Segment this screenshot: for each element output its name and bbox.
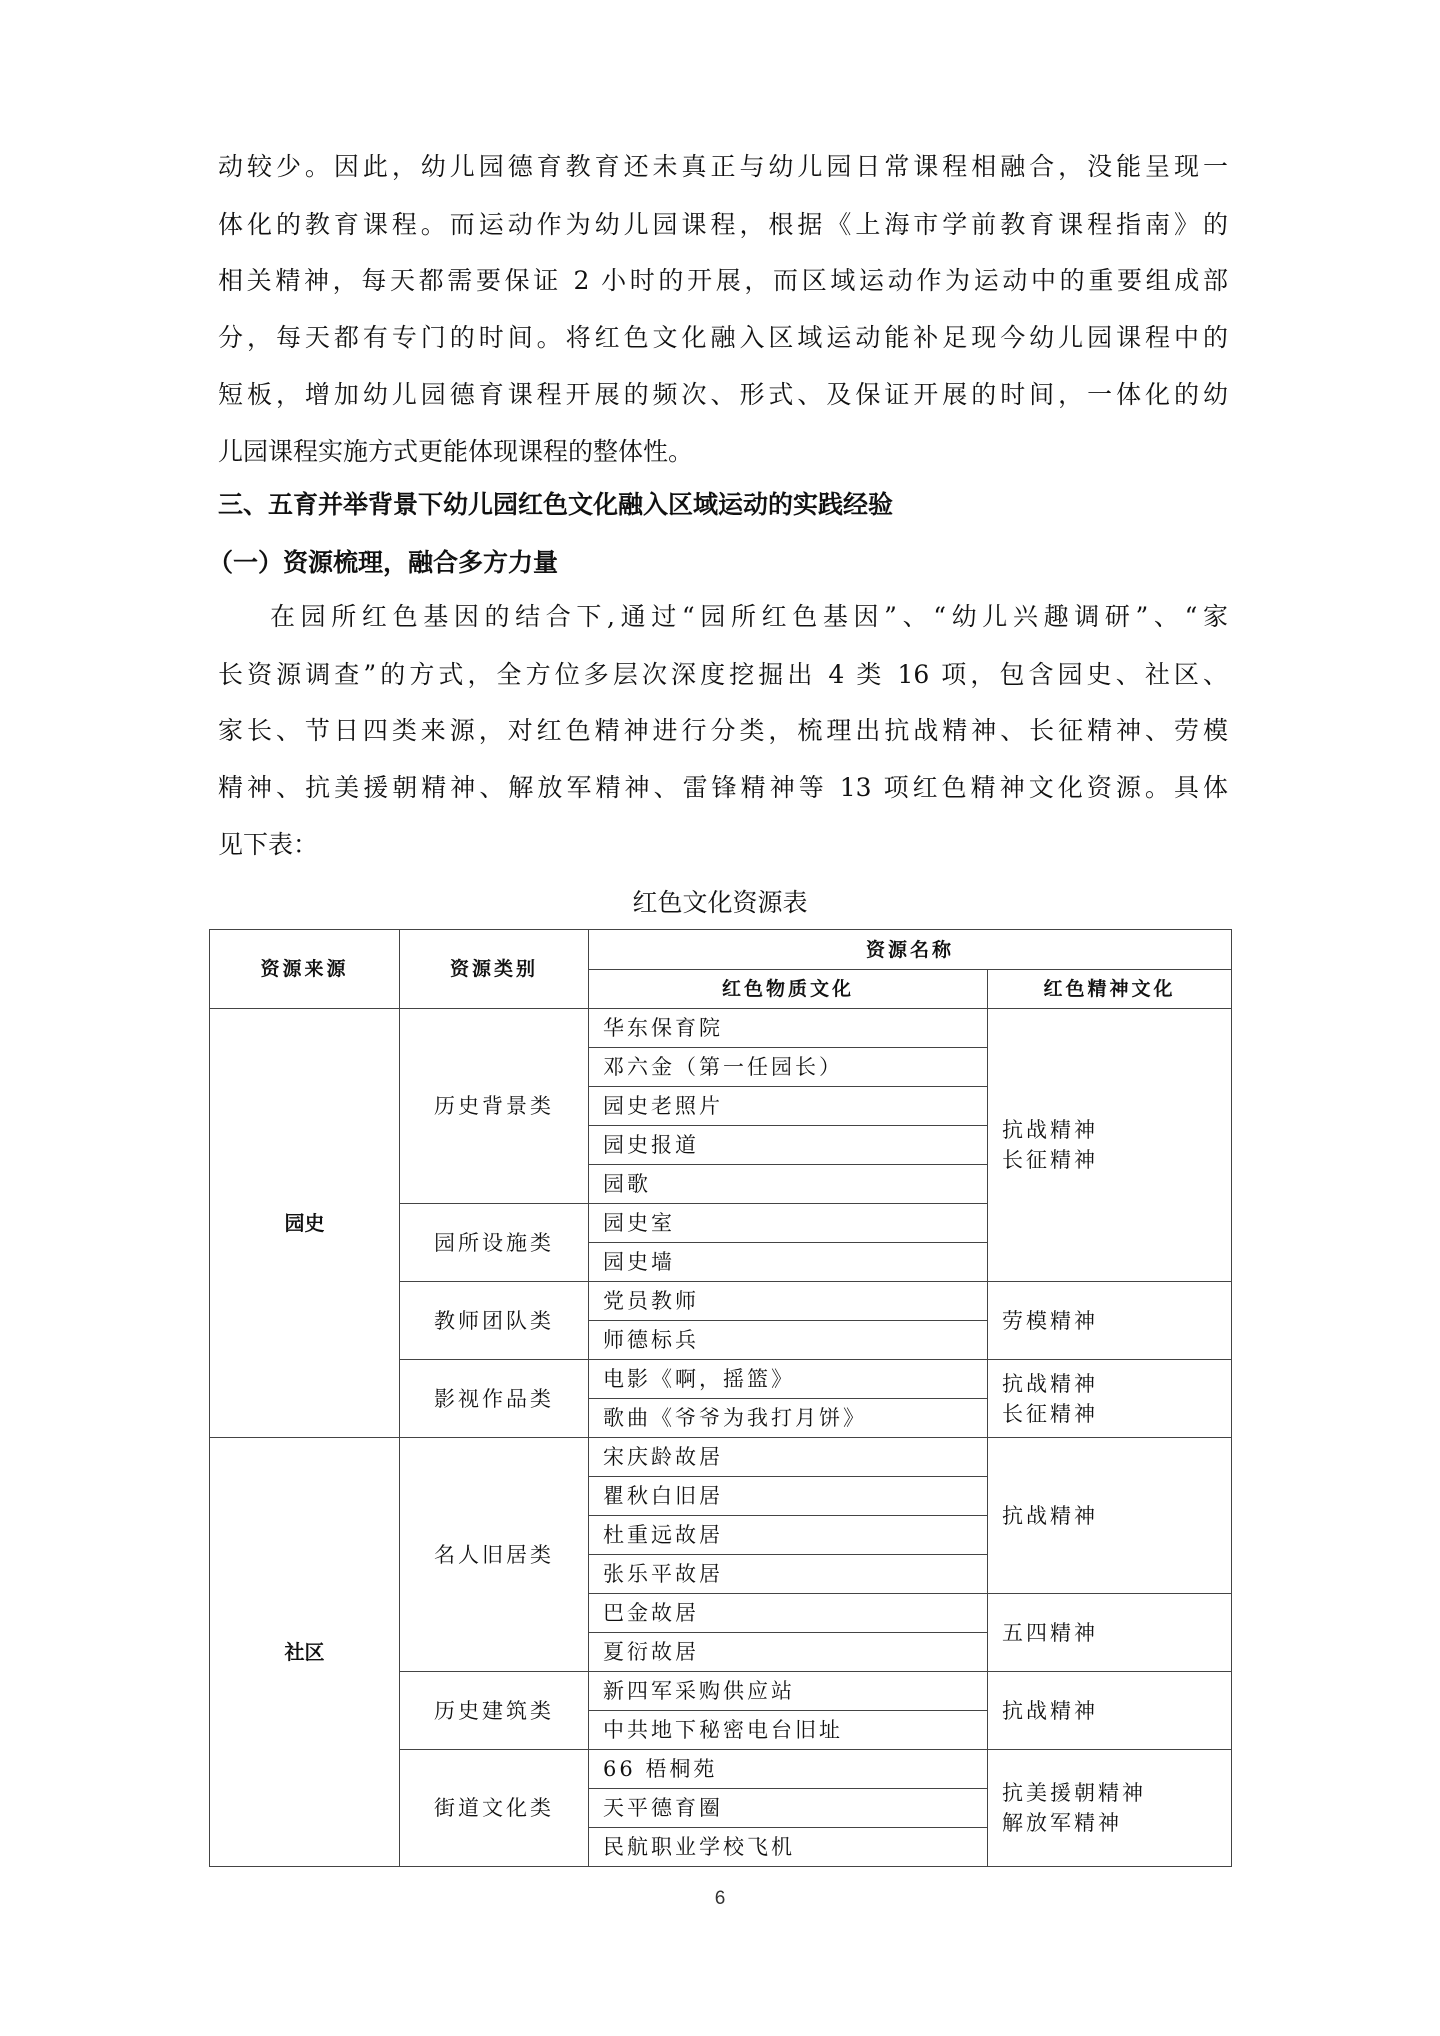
header-resource-name: 资源名称: [589, 930, 1232, 970]
header-category: 资源类别: [400, 930, 589, 1009]
material-cell: 党员教师: [589, 1282, 988, 1321]
spirit-cell: 劳模精神: [988, 1282, 1232, 1360]
body-text-line: 在园所红色基因的结合下,通过“园所红色基因”、“幼儿兴趣调研”、“家: [270, 597, 1228, 637]
source-cell: 社区: [210, 1438, 400, 1867]
body-text-line: 家长、节日四类来源，对红色精神进行分类，梳理出抗战精神、长征精神、劳模: [218, 711, 1228, 751]
page-number: 6: [700, 1888, 740, 1910]
spirit-line: 长征精神: [1002, 1399, 1231, 1429]
spirit-line: 抗战精神: [1002, 1696, 1231, 1726]
spirit-cell: 抗美援朝精神 解放军精神: [988, 1750, 1232, 1867]
material-cell: 巴金故居: [589, 1594, 988, 1633]
material-cell: 夏衍故居: [589, 1633, 988, 1672]
material-cell: 宋庆龄故居: [589, 1438, 988, 1477]
table-row: 社区 名人旧居类 宋庆龄故居 抗战精神: [210, 1438, 1232, 1477]
material-cell: 新四军采购供应站: [589, 1672, 988, 1711]
category-cell: 历史背景类: [400, 1009, 589, 1204]
material-cell: 园史墙: [589, 1243, 988, 1282]
document-page: 动较少。因此，幼儿园德育教育还未真正与幼儿园日常课程相融合，没能呈现一 体化的教…: [0, 0, 1440, 2036]
body-text-line: 精神、抗美援朝精神、解放军精神、雷锋精神等 13 项红色精神文化资源。具体: [218, 768, 1228, 808]
material-cell: 瞿秋白旧居: [589, 1477, 988, 1516]
body-text-line: 见下表：: [218, 825, 1228, 865]
category-cell: 影视作品类: [400, 1360, 589, 1438]
category-cell: 街道文化类: [400, 1750, 589, 1867]
material-cell: 电影《啊，摇篮》: [589, 1360, 988, 1399]
material-cell: 中共地下秘密电台旧址: [589, 1711, 988, 1750]
material-cell: 66 梧桐苑: [589, 1750, 988, 1789]
body-text-line: 儿园课程实施方式更能体现课程的整体性。: [218, 432, 1228, 472]
spirit-cell: 五四精神: [988, 1594, 1232, 1672]
spirit-cell: 抗战精神: [988, 1438, 1232, 1594]
spirit-line: 解放军精神: [1002, 1808, 1231, 1838]
body-text-line: 分，每天都有专门的时间。将红色文化融入区域运动能补足现今幼儿园课程中的: [218, 318, 1228, 358]
body-text-line: 动较少。因此，幼儿园德育教育还未真正与幼儿园日常课程相融合，没能呈现一: [218, 147, 1228, 187]
spirit-line: 五四精神: [1002, 1618, 1231, 1648]
spirit-line: 抗战精神: [1002, 1501, 1231, 1531]
material-cell: 华东保育院: [589, 1009, 988, 1048]
material-cell: 邓六金（第一任园长）: [589, 1048, 988, 1087]
material-cell: 园史老照片: [589, 1087, 988, 1126]
body-text-line: 体化的教育课程。而运动作为幼儿园课程，根据《上海市学前教育课程指南》的: [218, 205, 1228, 245]
spirit-line: 抗战精神: [1002, 1115, 1231, 1145]
material-cell: 园史室: [589, 1204, 988, 1243]
spirit-line: 长征精神: [1002, 1145, 1231, 1175]
spirit-cell: 抗战精神 长征精神: [988, 1360, 1232, 1438]
category-cell: 名人旧居类: [400, 1438, 589, 1672]
header-material-culture: 红色物质文化: [589, 970, 988, 1009]
material-cell: 园史报道: [589, 1126, 988, 1165]
category-cell: 教师团队类: [400, 1282, 589, 1360]
material-cell: 园歌: [589, 1165, 988, 1204]
material-cell: 民航职业学校飞机: [589, 1828, 988, 1867]
spirit-cell: 抗战精神: [988, 1672, 1232, 1750]
material-cell: 天平德育圈: [589, 1789, 988, 1828]
spirit-cell: 抗战精神 长征精神: [988, 1009, 1232, 1282]
spirit-line: 抗美援朝精神: [1002, 1778, 1231, 1808]
category-cell: 历史建筑类: [400, 1672, 589, 1750]
material-cell: 杜重远故居: [589, 1516, 988, 1555]
table-row: 园史 历史背景类 华东保育院 抗战精神 长征精神: [210, 1009, 1232, 1048]
body-text-line: 相关精神，每天都需要保证 2 小时的开展，而区域运动作为运动中的重要组成部: [218, 261, 1228, 301]
spirit-line: 劳模精神: [1002, 1306, 1231, 1336]
material-cell: 张乐平故居: [589, 1555, 988, 1594]
red-culture-resource-table: 资源来源 资源类别 资源名称 红色物质文化 红色精神文化 园史 历史背景类 华东…: [209, 929, 1232, 1867]
body-text-line: 短板，增加幼儿园德育课程开展的频次、形式、及保证开展的时间，一体化的幼: [218, 375, 1228, 415]
spirit-line: 抗战精神: [1002, 1369, 1231, 1399]
category-cell: 园所设施类: [400, 1204, 589, 1282]
subsection-heading: （一）资源梳理，融合多方力量: [208, 543, 558, 583]
body-text-line: 长资源调查”的方式，全方位多层次深度挖掘出 4 类 16 项，包含园史、社区、: [218, 655, 1228, 695]
material-cell: 师德标兵: [589, 1321, 988, 1360]
header-spirit-culture: 红色精神文化: [988, 970, 1232, 1009]
source-cell: 园史: [210, 1009, 400, 1438]
table-caption: 红色文化资源表: [209, 883, 1231, 923]
section-heading: 三、五育并举背景下幼儿园红色文化融入区域运动的实践经验: [218, 485, 893, 525]
material-cell: 歌曲《爷爷为我打月饼》: [589, 1399, 988, 1438]
header-source: 资源来源: [210, 930, 400, 1009]
